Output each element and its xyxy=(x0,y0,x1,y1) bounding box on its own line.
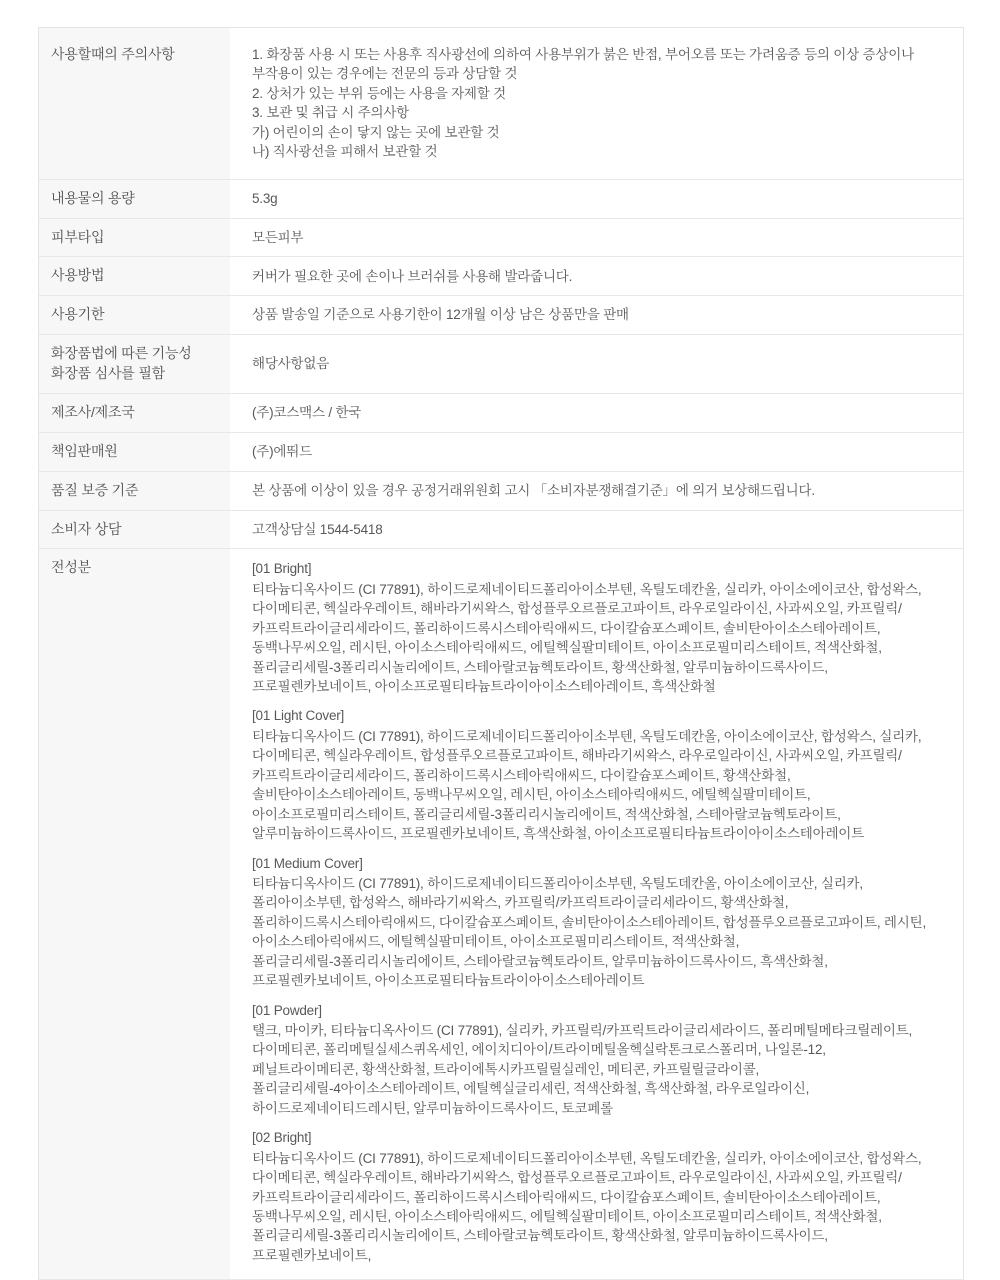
ingredients-list: [01 Bright] 티타늄디옥사이드 (CI 77891), 하이드로제네이… xyxy=(230,549,963,1279)
row-value: (주)코스맥스 / 한국 xyxy=(230,394,963,431)
ingredient-section-name: [02 Bright] xyxy=(252,1128,935,1147)
ingredient-section: [01 Light Cover] 티타늄디옥사이드 (CI 77891), 하이… xyxy=(252,706,935,843)
ingredient-section-text: 티타늄디옥사이드 (CI 77891), 하이드로제네이티드폴리아이소부텐, 옥… xyxy=(252,874,935,991)
row-value: 해당사항없음 xyxy=(230,345,963,382)
table-row-precautions: 사용할때의 주의사항 1. 화장품 사용 시 또는 사용후 직사광선에 의하여 … xyxy=(39,28,963,180)
ingredient-section-name: [01 Bright] xyxy=(252,559,935,578)
ingredient-section-text: 티타늄디옥사이드 (CI 77891), 하이드로제네이티드폴리아이소부텐, 옥… xyxy=(252,727,935,844)
row-label: 책임판매원 xyxy=(39,433,230,471)
table-row-usage: 사용방법 커버가 필요한 곳에 손이나 브러쉬를 사용해 발라줍니다. xyxy=(39,257,963,296)
row-value: 고객상담실 1544-5418 xyxy=(230,511,963,548)
row-value: 커버가 필요한 곳에 손이나 브러쉬를 사용해 발라줍니다. xyxy=(230,258,963,295)
table-row-ingredients: 전성분 [01 Bright] 티타늄디옥사이드 (CI 77891), 하이드… xyxy=(39,549,963,1280)
table-row-manufacturer: 제조사/제조국 (주)코스맥스 / 한국 xyxy=(39,394,963,433)
row-value: 모든피부 xyxy=(230,219,963,256)
row-label: 피부타입 xyxy=(39,219,230,257)
row-label: 사용기한 xyxy=(39,296,230,334)
ingredient-section-name: [01 Powder] xyxy=(252,1001,935,1020)
product-detail-page: { "colors": { "label_cell_bg": "#f7f7f7"… xyxy=(0,0,1000,1280)
row-label: 사용할때의 주의사항 xyxy=(39,28,230,179)
row-label: 제조사/제조국 xyxy=(39,394,230,432)
ingredient-section: [01 Medium Cover] 티타늄디옥사이드 (CI 77891), 하… xyxy=(252,854,935,991)
table-row-quality-guarantee: 품질 보증 기준 본 상품에 이상이 있을 경우 공정거래위원회 고시 「소비자… xyxy=(39,472,963,511)
ingredient-section-text: 티타늄디옥사이드 (CI 77891), 하이드로제네이티드폴리아이소부텐, 옥… xyxy=(252,580,935,697)
table-row-skin-type: 피부타입 모든피부 xyxy=(39,219,963,258)
row-value: 상품 발송일 기준으로 사용기한이 12개월 이상 남은 상품만을 판매 xyxy=(230,296,963,333)
table-row-distributor: 책임판매원 (주)에뛰드 xyxy=(39,433,963,472)
row-label: 전성분 xyxy=(39,549,230,1279)
row-value: 1. 화장품 사용 시 또는 사용후 직사광선에 의하여 사용부위가 붉은 반점… xyxy=(230,28,963,179)
ingredient-section-name: [01 Medium Cover] xyxy=(252,854,935,873)
ingredient-section: [01 Bright] 티타늄디옥사이드 (CI 77891), 하이드로제네이… xyxy=(252,559,935,696)
row-label: 사용방법 xyxy=(39,257,230,295)
ingredient-section-text: 티타늄디옥사이드 (CI 77891), 하이드로제네이티드폴리아이소부텐, 옥… xyxy=(252,1149,935,1266)
table-row-consumer-service: 소비자 상담 고객상담실 1544-5418 xyxy=(39,511,963,550)
row-label: 소비자 상담 xyxy=(39,511,230,549)
ingredient-section: [02 Bright] 티타늄디옥사이드 (CI 77891), 하이드로제네이… xyxy=(252,1128,935,1265)
ingredient-section-name: [01 Light Cover] xyxy=(252,706,935,725)
row-value: (주)에뛰드 xyxy=(230,433,963,470)
row-label: 품질 보증 기준 xyxy=(39,472,230,510)
product-info-table: 사용할때의 주의사항 1. 화장품 사용 시 또는 사용후 직사광선에 의하여 … xyxy=(38,27,964,1280)
ingredient-section-text: 탤크, 마이카, 티타늄디옥사이드 (CI 77891), 실리카, 카프릴릭/… xyxy=(252,1021,935,1118)
row-label: 내용물의 용량 xyxy=(39,180,230,218)
table-row-content-volume: 내용물의 용량 5.3g xyxy=(39,180,963,219)
row-label: 화장품법에 따른 기능성 화장품 심사를 필함 xyxy=(39,335,230,393)
ingredient-section: [01 Powder] 탤크, 마이카, 티타늄디옥사이드 (CI 77891)… xyxy=(252,1001,935,1119)
row-value: 5.3g xyxy=(230,180,963,217)
row-value: 본 상품에 이상이 있을 경우 공정거래위원회 고시 「소비자분쟁해결기준」에 … xyxy=(230,472,963,509)
table-row-expiration: 사용기한 상품 발송일 기준으로 사용기한이 12개월 이상 남은 상품만을 판… xyxy=(39,296,963,335)
table-row-functional-screening: 화장품법에 따른 기능성 화장품 심사를 필함 해당사항없음 xyxy=(39,335,963,394)
